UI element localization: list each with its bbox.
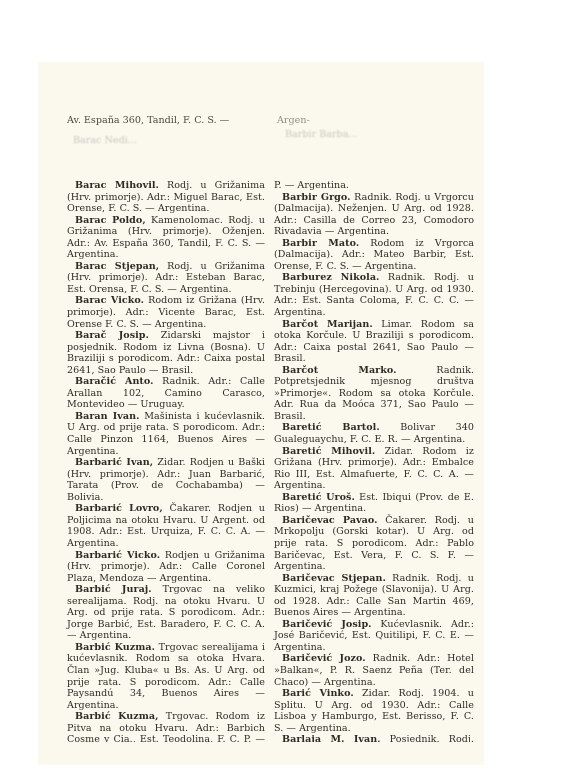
entry: Barčot Marijan. Limar. Rodom sa otoka Ko…: [274, 319, 474, 365]
entry-name: Barić Vinko.: [282, 688, 354, 699]
entry-name: Barčot Marko.: [282, 365, 397, 376]
entry: Baretić Uroš. Est. Ibiqui (Prov. de E. R…: [274, 492, 474, 515]
entry: Baričević Josip. Kućevlasnik. Adr.: José…: [274, 619, 474, 654]
entry-name: Baretić Uroš.: [282, 492, 355, 503]
entry: Barac Poldo, Kamenolomac. Rodj. u Grižan…: [67, 215, 265, 261]
entry-name: Barbir Mato.: [282, 238, 359, 249]
entry-name: Barbir Grgo.: [282, 192, 351, 203]
entry-name: Barač Josip.: [75, 330, 149, 341]
entry-name: Baran Ivan.: [75, 411, 139, 422]
entry: Baričevac Pavao. Čakarer. Rodj. u Mrkopo…: [274, 515, 474, 573]
entry-name: Baretić Bartol.: [282, 422, 380, 433]
entry-name: Barac Mihovil.: [75, 180, 159, 191]
bottom-margin: [38, 742, 484, 765]
entry: Baračić Anto. Radnik. Adr.: Calle Aralla…: [67, 376, 265, 411]
left-column: Barac Mihovil. Rodj. u Grižanima (Hrv. p…: [67, 180, 265, 757]
entry-name: Baričević Josip.: [282, 619, 372, 630]
entry-name: Barac Vicko.: [75, 295, 144, 306]
entry: Baričević Jozo. Radnik. Adr.: Hotel »Bal…: [274, 653, 474, 688]
entry: Barbarić Vicko. Rodjen u Grižanima (Hrv.…: [67, 550, 265, 585]
entry: Baretić Bartol. Bolivar 340 Gualeguaychu…: [274, 422, 474, 445]
entry-name: Barčot Marijan.: [282, 319, 373, 330]
entry: Barac Stjepan, Rodj. u Grižanima (Hrv. p…: [67, 261, 265, 296]
entry: Barac Mihovil. Rodj. u Grižanima (Hrv. p…: [67, 180, 265, 215]
entry: Barbir Mato. Rodom iz Vrgorca (Dalmacija…: [274, 238, 474, 273]
entry: Barac Vicko. Rodom iz Grižana (Hrv. prim…: [67, 295, 265, 330]
entry-name: Barbarić Vicko.: [75, 550, 160, 561]
entry-name: Baretić Mihovil.: [282, 446, 375, 457]
entry: Baran Ivan. Mašinista i kućevlasnik. U A…: [67, 411, 265, 457]
entry-name: Barac Stjepan,: [75, 261, 159, 272]
right-column: P. — Argentina. Barbir Grgo. Radnik. Rod…: [274, 180, 474, 757]
entry: Barbić Juraj. Trgovac na veliko serealij…: [67, 584, 265, 642]
entry-name: Barbić Juraj.: [75, 584, 152, 595]
entry-name: Baračić Anto.: [75, 376, 154, 387]
entry-name: Barbarić Ivan,: [75, 457, 153, 468]
continuation-line: P. — Argentina.: [274, 180, 474, 192]
entry-name: Barbarić Lovro,: [75, 503, 163, 514]
entry-name: Baričevac Stjepan.: [282, 573, 386, 584]
entry: Barić Vinko. Zidar. Rodj. 1904. u Splitu…: [274, 688, 474, 734]
top-fragment-right: Argen-: [277, 115, 310, 126]
faded-line: Barac Nedi...: [73, 135, 137, 146]
entry-name: Baričevac Pavao.: [282, 515, 378, 526]
entry: Barčot Marko. Radnik. Potpretsjednik mje…: [274, 365, 474, 423]
entry-name: Barbić Kuzma,: [75, 711, 159, 722]
faded-line: Barbir Barba...: [285, 129, 358, 140]
top-fragment-left: Av. España 360, Tandil, F. C. S. —: [67, 115, 229, 126]
entry-name: Barbić Kuzma.: [75, 642, 155, 653]
entry-name: Barac Poldo,: [75, 215, 146, 226]
entry-name: Baričević Jozo.: [282, 653, 366, 664]
entry: Barač Josip. Zidarski majstor i posjedni…: [67, 330, 265, 376]
entry: Barbarić Ivan, Zidar. Rodjen u Baški (Hr…: [67, 457, 265, 503]
entry: Barbarić Lovro, Čakarer. Rodjen u Poljic…: [67, 503, 265, 549]
entry: Barburez Nikola. Radnik. Rodj. u Trebinj…: [274, 272, 474, 318]
entry: Baričevac Stjepan. Radnik. Rodj. u Kuzmi…: [274, 573, 474, 619]
entry: Baretić Mihovil. Zidar. Rodom iz Grižana…: [274, 446, 474, 492]
entry: Barbir Grgo. Radnik. Rodj. u Vrgorcu (Da…: [274, 192, 474, 238]
entry-name: Barburez Nikola.: [282, 272, 379, 283]
entry: Barbić Kuzma. Trgovac serealijama i kuće…: [67, 642, 265, 711]
